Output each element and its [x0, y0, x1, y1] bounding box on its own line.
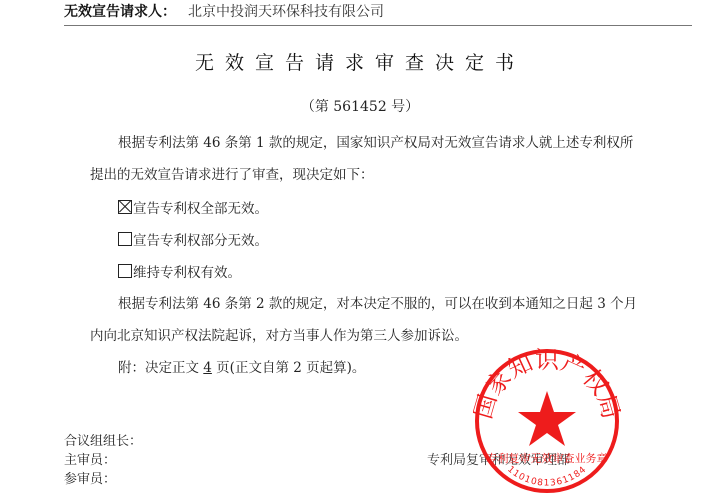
- paragraph-2-line-2: 内向北京知识产权法院起诉，对方当事人作为第三人参加诉讼。: [90, 324, 468, 344]
- chief-examiner-label: 主审员：: [64, 449, 116, 468]
- department-name: 专利局复审和无效审理部: [427, 449, 570, 468]
- seal-code: 1101081361184: [505, 465, 589, 489]
- option-label: 宣告专利权部分无效。: [133, 229, 268, 249]
- attachment-note: 附：决定正文 4 页(正文自第 2 页起算)。: [118, 356, 365, 376]
- requester-name: 北京中投润天环保科技有限公司: [188, 4, 384, 20]
- document-title: 无效宣告请求审查决定书: [0, 48, 720, 75]
- paragraph-1-line-1: 根据专利法第 46 条第 1 款的规定，国家知识产权局对无效宣告请求人就上述专利…: [118, 131, 633, 151]
- associate-examiner-label: 参审员：: [64, 468, 116, 487]
- decision-number: （第 561452 号）: [0, 96, 720, 116]
- option-invalidate-all: 宣告专利权全部无效。: [118, 197, 268, 217]
- paragraph-2-line-1: 根据专利法第 46 条第 2 款的规定，对本决定不服的，可以在收到本通知之日起 …: [118, 292, 637, 312]
- panel-leader-label: 合议组组长：: [64, 430, 142, 449]
- paragraph-1-line-2: 提出的无效宣告请求进行了审查，现决定如下：: [90, 163, 374, 183]
- star-icon: [518, 391, 576, 446]
- checkbox-checked-icon: [118, 200, 132, 214]
- checkbox-empty-icon: [118, 232, 132, 246]
- seal-ring: [477, 351, 617, 491]
- option-invalidate-partial: 宣告专利权部分无效。: [118, 229, 268, 249]
- option-label: 维持专利权有效。: [133, 261, 241, 281]
- seal-outer-text: 国家知识产权局: [473, 346, 621, 422]
- option-maintain-valid: 维持专利权有效。: [118, 261, 241, 281]
- checkbox-empty-icon: [118, 264, 132, 278]
- header-divider: [64, 25, 692, 26]
- official-seal: 国家知识产权局 专利复审无效审查业务章 1101081361184: [473, 345, 621, 495]
- attachment-page-count: 4: [203, 360, 212, 376]
- option-label: 宣告专利权全部无效。: [133, 197, 268, 217]
- header: 无效宣告请求人：北京中投润天环保科技有限公司: [64, 2, 384, 22]
- requester-label: 无效宣告请求人：: [64, 4, 176, 20]
